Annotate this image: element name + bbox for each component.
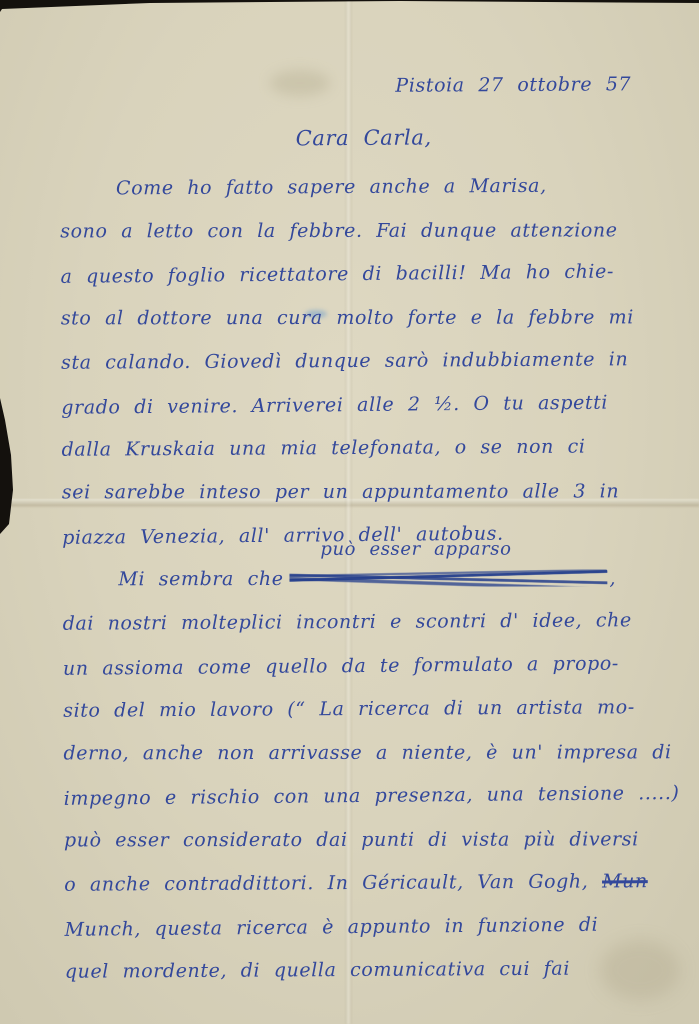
body-line: quel mordente, di quella comunicativa cu…: [65, 947, 699, 994]
body-line: dai nostri molteplici incontri e scontri…: [63, 599, 699, 646]
dateline: Pistoia 27 ottobre 57: [395, 70, 696, 100]
body-line: dalla Kruskaia una mia telefonata, o se …: [61, 425, 698, 472]
correction-prefix: Mi sembra che: [118, 567, 283, 589]
correction-suffix: ,: [610, 567, 617, 589]
body-line-vangogh: o anche contraddittori. In Géricault, Va…: [64, 860, 699, 907]
body-line: sito del mio lavoro (“ La ricerca di un …: [63, 686, 699, 733]
interline-insertion: può esser apparso: [320, 540, 511, 558]
letter-body: Come ho fatto sapere anche a Marisa, son…: [60, 164, 699, 994]
body-line: sta calando. Giovedì dunque sarò indubbi…: [61, 338, 698, 385]
correction-line: Mi sembra che, può esser apparso: [62, 557, 699, 602]
body-line-text: o anche contraddittori. In Géricault, Va…: [64, 871, 588, 896]
scribbled-out-words: [290, 569, 608, 587]
letter-scan: Pistoia 27 ottobre 57 Cara Carla, Come h…: [0, 0, 699, 1024]
body-line: un assioma come quello da te formulato a…: [63, 641, 699, 691]
body-line: impegno e rischio con una presenza, una …: [64, 772, 699, 822]
handwritten-text: Pistoia 27 ottobre 57 Cara Carla, Come h…: [0, 0, 699, 1024]
salutation: Cara Carla,: [296, 124, 697, 150]
body-line: grado di venire. Arriverei alle 2 ½. O t…: [61, 380, 698, 430]
body-line: derno, anche non arrivasse a niente, è u…: [63, 731, 699, 776]
body-line: sono a letto con la febbre. Fai dunque a…: [60, 209, 697, 254]
body-line: può esser considerato dai punti di vista…: [64, 818, 699, 863]
body-line: sto al dottore una cura molto forte e la…: [61, 296, 698, 341]
body-line: Come ho fatto sapere anche a Marisa,: [60, 164, 697, 211]
struck-out-word: Mun: [602, 870, 648, 892]
body-line: sei sarebbe inteso per un appuntamento a…: [62, 470, 699, 515]
body-line: a questo foglio ricettatore di bacilli! …: [60, 250, 697, 300]
body-line: Munch, questa ricerca è appunto in funzi…: [64, 902, 699, 952]
